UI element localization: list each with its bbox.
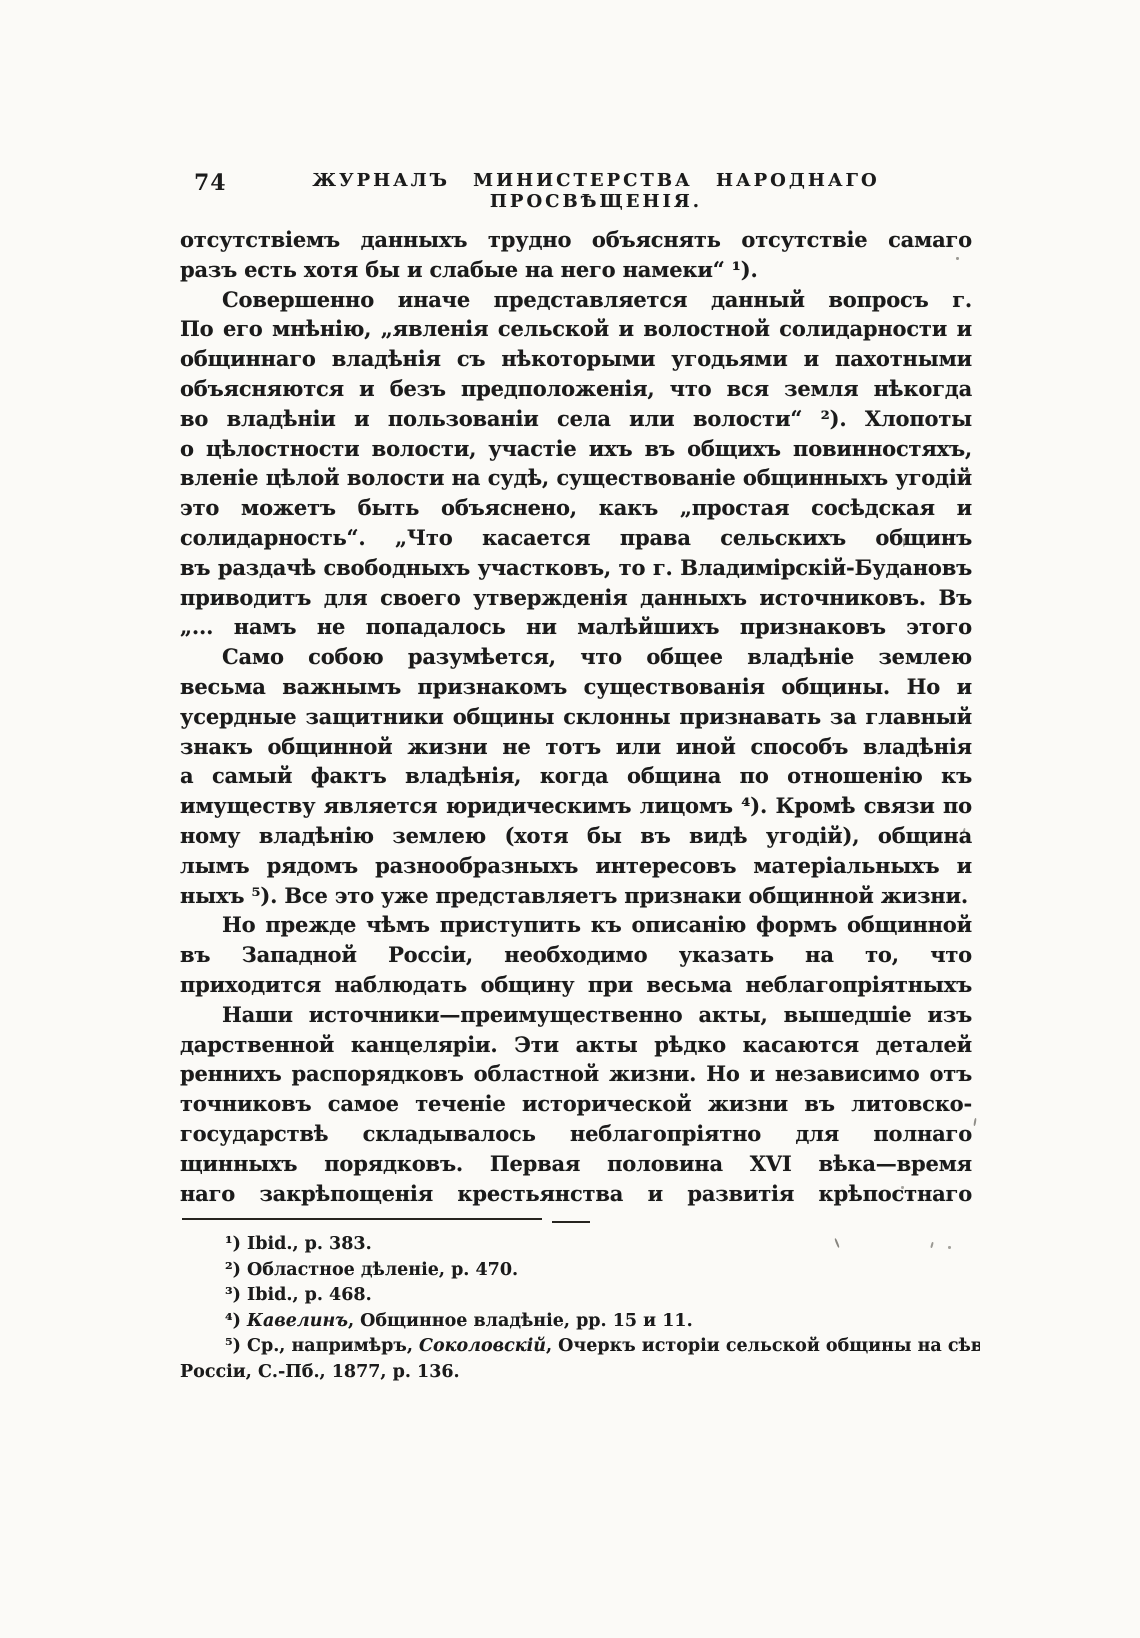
body-line: Но прежде чѣмъ приступить къ описанію фо…	[180, 910, 972, 940]
body-line: наго закрѣпощенія крестьянства и развиті…	[180, 1179, 972, 1209]
body-line: усердные защитники общины склонны призна…	[180, 702, 972, 732]
footnote-marker: ¹)	[225, 1234, 241, 1254]
footnote-author: Кавелинъ	[247, 1311, 348, 1331]
footnote-separator	[182, 1218, 542, 1220]
footnote-marker: ⁵)	[225, 1336, 241, 1356]
body-line: вленіе цѣлой волости на судѣ, существова…	[180, 463, 972, 493]
body-line: солидарность“. „Что касается права сельс…	[180, 523, 972, 553]
footnote-separator-dash	[552, 1221, 590, 1223]
scan-artifact	[966, 470, 969, 473]
body-line: ному владѣнію землею (хотя бы въ видѣ уг…	[180, 821, 972, 851]
scan-artifact	[973, 1118, 976, 1126]
body-line: „... намъ не попадалось ни малѣйшихъ при…	[180, 612, 972, 642]
page-number: 74	[194, 170, 227, 196]
body-line: это можетъ быть объяснено, какъ „простая…	[180, 493, 972, 523]
footnote-line: ⁴) Кавелинъ, Общинное владѣніе, pp. 15 и…	[180, 1309, 980, 1335]
body-line: знакъ общинной жизни не тотъ или иной сп…	[180, 732, 972, 762]
body-line: ныхъ ⁵). Все это уже представляетъ призн…	[180, 881, 972, 911]
body-line: лымъ рядомъ разнообразныхъ интересовъ ма…	[180, 851, 972, 881]
footnote-marker: ⁴)	[225, 1311, 241, 1331]
body-line: реннихъ распорядковъ областной жизни. Но…	[180, 1059, 972, 1089]
body-line: точниковъ самое теченіе исторической жиз…	[180, 1089, 972, 1119]
footnote-line: ¹) Ibid., p. 383.	[180, 1232, 980, 1258]
body-line: о цѣлостности волости, участіе ихъ въ об…	[180, 434, 972, 464]
footnote-line: ³) Ibid., p. 468.	[180, 1283, 980, 1309]
body-line: щинныхъ порядковъ. Первая половина XVI в…	[180, 1149, 972, 1179]
scan-artifact	[956, 257, 959, 260]
body-line: имуществу является юридическимъ лицомъ ⁴…	[180, 791, 972, 821]
body-line: дарственной канцеляріи. Эти акты рѣдко к…	[180, 1030, 972, 1060]
body-line: Само собою разумѣется, что общее владѣні…	[180, 642, 972, 672]
body-line: въ раздачѣ свободныхъ участковъ, то г. В…	[180, 553, 972, 583]
body-line: общиннаго владѣнія съ нѣкоторыми угодьям…	[180, 344, 972, 374]
footnote-author: Соколовскій	[419, 1336, 546, 1356]
body-line: въ Западной Россіи, необходимо указать н…	[180, 940, 972, 970]
footnote-line: ²) Областное дѣленіе, p. 470.	[180, 1258, 980, 1284]
body-line: приводитъ для своего утвержденія данныхъ…	[180, 583, 972, 613]
scan-artifact	[948, 1246, 951, 1249]
body-line: приходится наблюдать общину при весьма н…	[180, 970, 972, 1000]
footnotes: ¹) Ibid., p. 383. ²) Областное дѣленіе, …	[180, 1232, 980, 1385]
body-line: объясняются и безъ предположенія, что вс…	[180, 374, 972, 404]
body-line: во владѣніи и пользованіи села или волос…	[180, 404, 972, 434]
footnote-line: Россіи, С.-Пб., 1877, p. 136.	[180, 1360, 980, 1386]
body-line: а самый фактъ владѣнія, когда община по …	[180, 761, 972, 791]
body-line: отсутствіемъ данныхъ трудно объяснять от…	[180, 225, 972, 255]
footnote-line: ⁵) Ср., напримѣръ, Соколовскій, Очеркъ и…	[180, 1334, 980, 1360]
body-line: Совершенно иначе представляется данный в…	[180, 285, 972, 315]
body-line: государствѣ складывалось неблагопріятно …	[180, 1119, 972, 1149]
running-head: 74 ЖУРНАЛЪ МИНИСТЕРСТВА НАРОДНАГО ПРОСВѢ…	[180, 170, 972, 200]
body-line: разъ есть хотя бы и слабые на него намек…	[180, 255, 972, 285]
body-text: отсутствіемъ данныхъ трудно объяснять от…	[180, 225, 972, 1208]
scanned-page: 74 ЖУРНАЛЪ МИНИСТЕРСТВА НАРОДНАГО ПРОСВѢ…	[0, 0, 1140, 1638]
body-line: По его мнѣнію, „явленія сельской и волос…	[180, 314, 972, 344]
body-line: Наши источники—преимущественно акты, выш…	[180, 1000, 972, 1030]
body-line: весьма важнымъ признакомъ существованія …	[180, 672, 972, 702]
scan-artifact	[901, 1186, 904, 1189]
journal-title: ЖУРНАЛЪ МИНИСТЕРСТВА НАРОДНАГО ПРОСВѢЩЕН…	[180, 170, 972, 212]
footnote-marker: ³)	[225, 1285, 241, 1305]
footnote-marker: ²)	[225, 1260, 241, 1280]
